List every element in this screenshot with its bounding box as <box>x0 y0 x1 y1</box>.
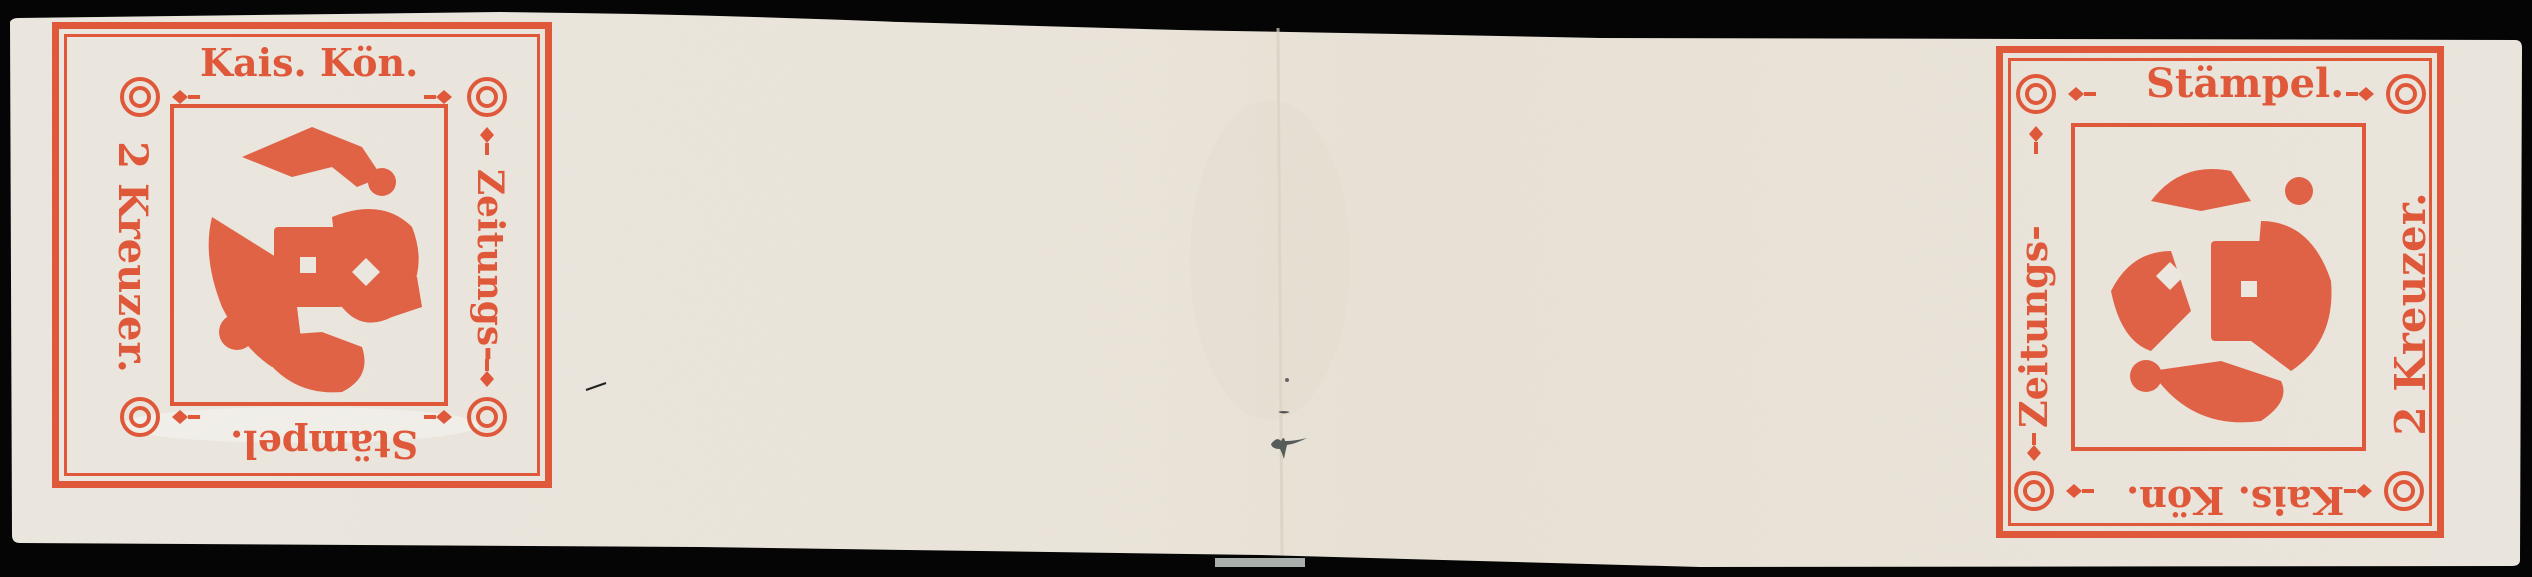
corner-ornaments <box>1996 46 2444 538</box>
stamp-left: Kais. Kön. Stämpel. 2 Kreuzer. Zeitungs- <box>52 22 552 488</box>
corner-ornaments <box>52 22 552 488</box>
stamp-right: Stämpel. Kais. Kön. Zeitungs- 2 Kreuzer. <box>1996 46 2444 538</box>
